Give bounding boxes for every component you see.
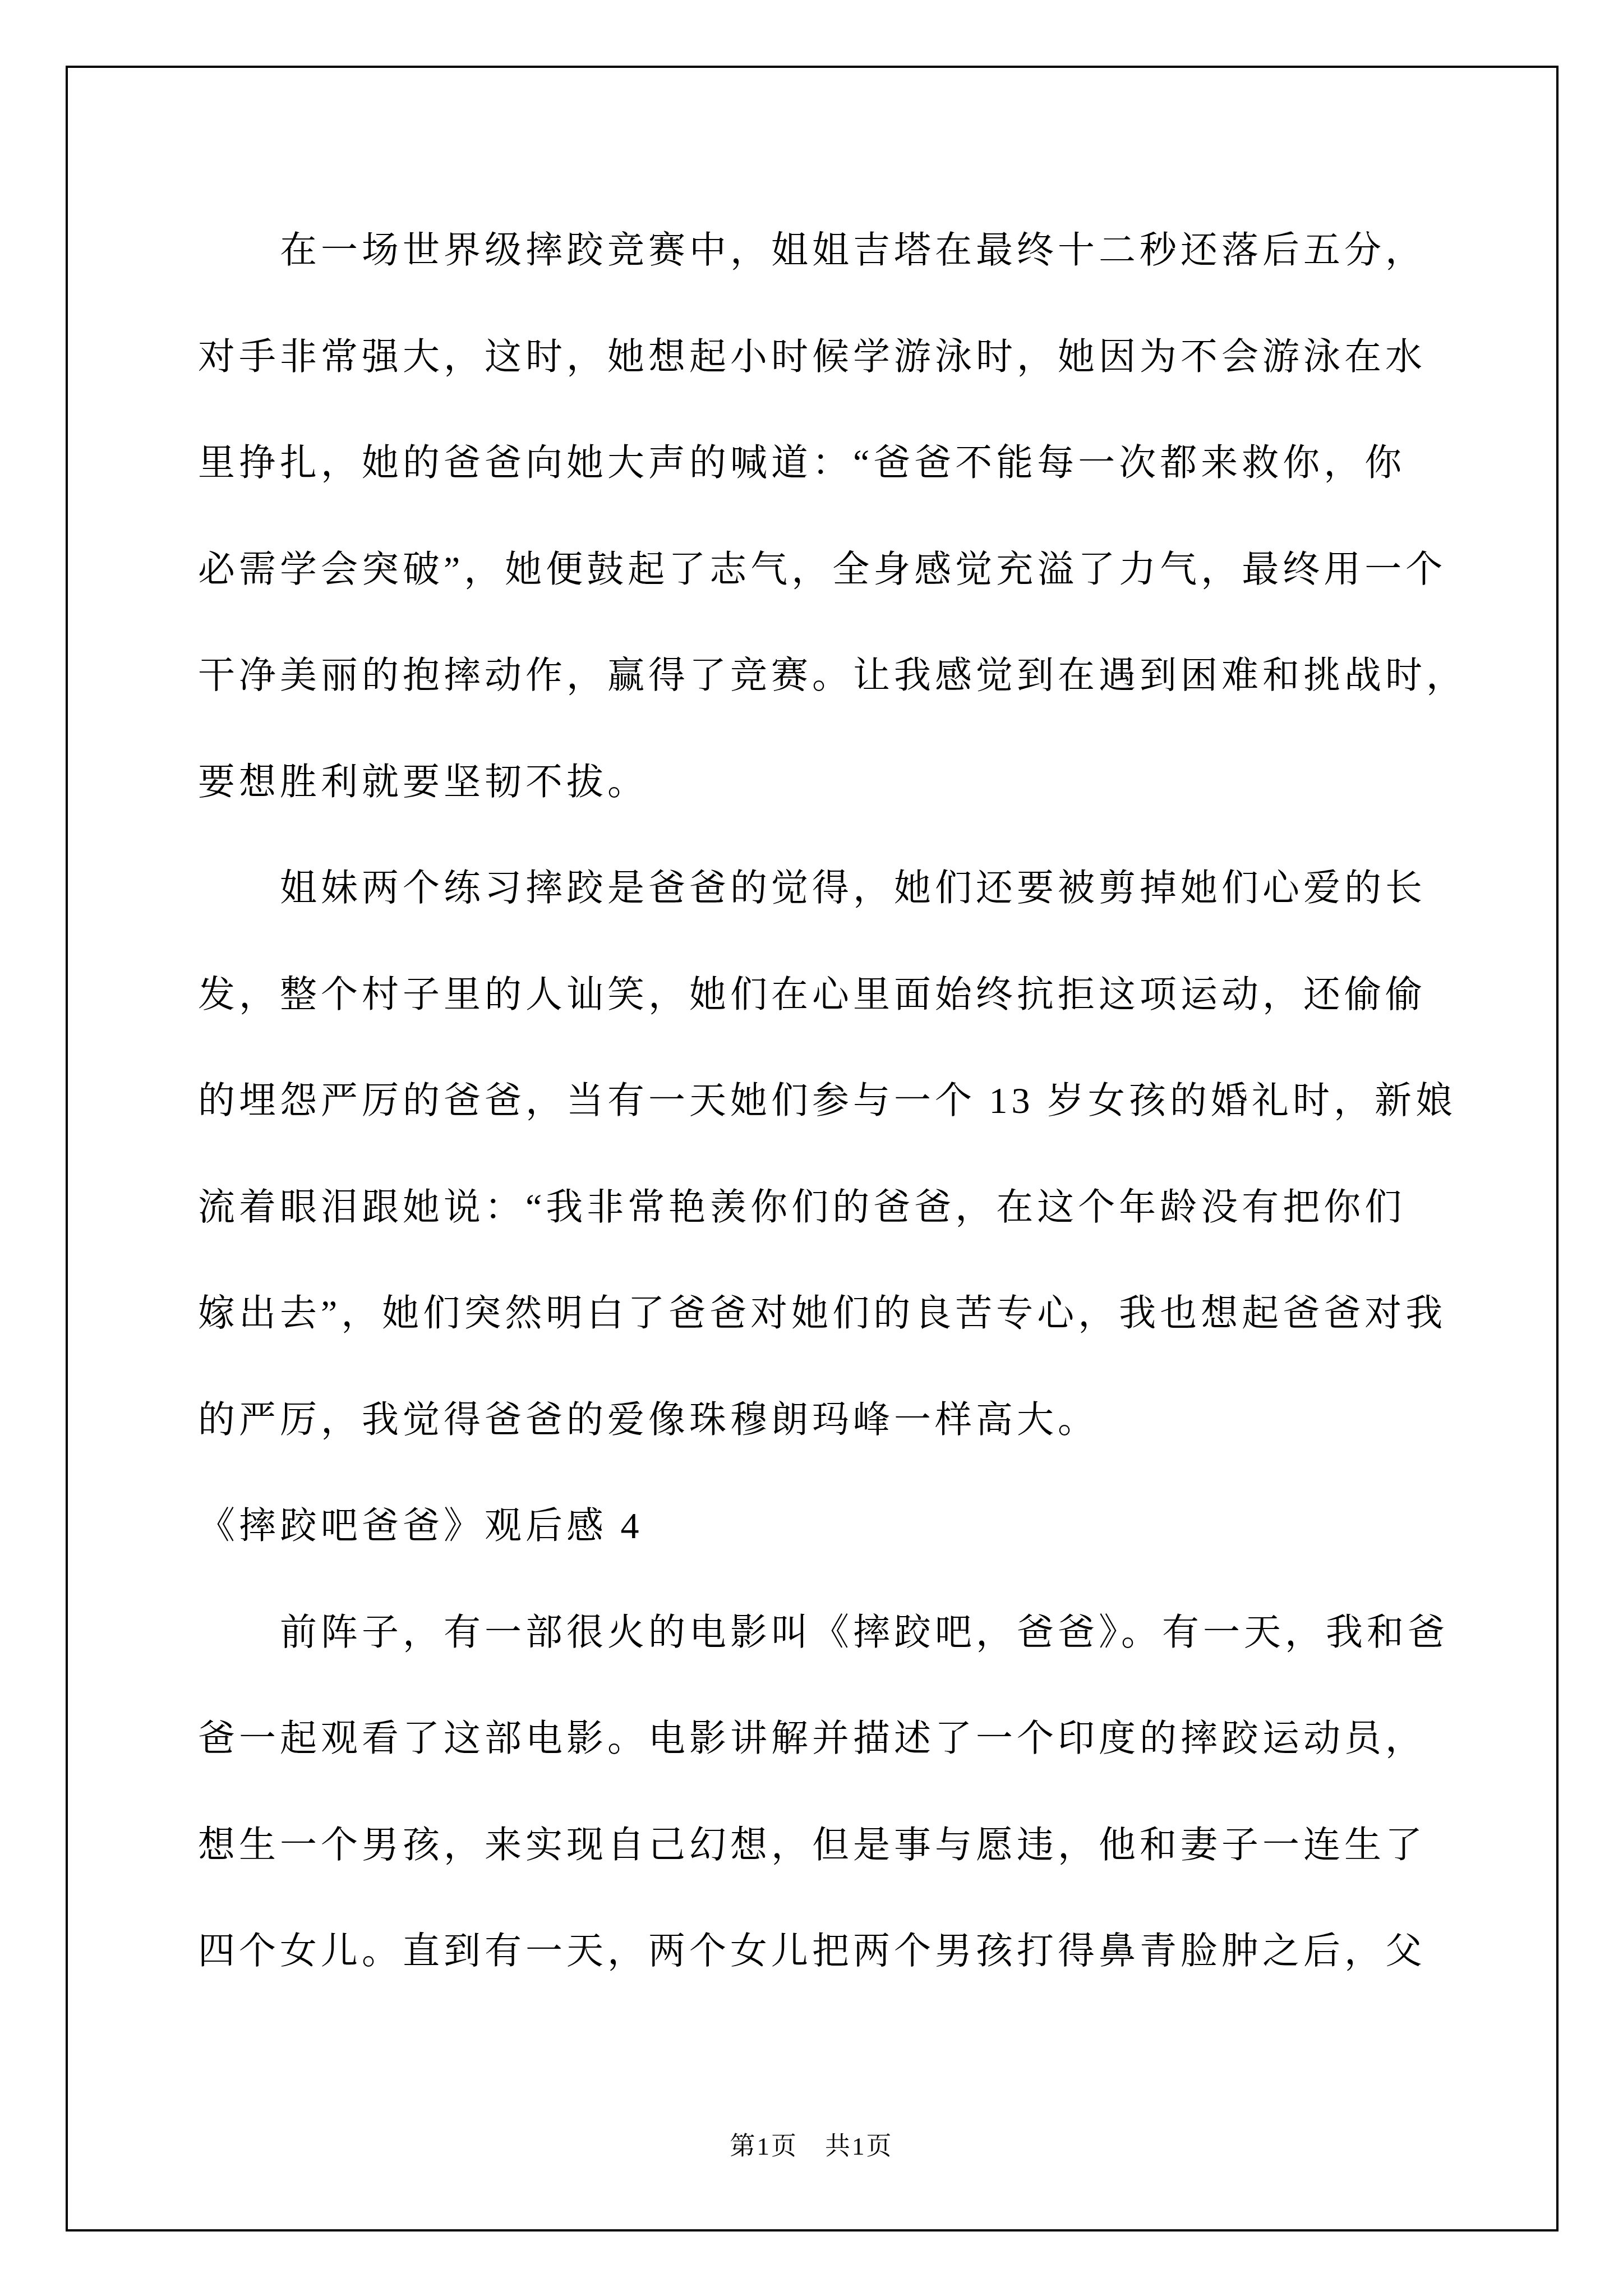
text-line: 爸一起观看了这部电影。电影讲解并描述了一个印度的摔跤运动员，	[198, 1686, 1465, 1792]
text-line: 四个女儿。直到有一天，两个女儿把两个男孩打得鼻青脸肿之后，父	[198, 1898, 1465, 2005]
text-line: 干净美丽的抱摔动作，赢得了竞赛。让我感觉到在遇到困难和挑战时，	[198, 623, 1465, 729]
text-line: 的严厉，我觉得爸爸的爱像珠穆朗玛峰一样高大。	[198, 1367, 1465, 1474]
text-line: 想生一个男孩，来实现自己幻想，但是事与愿违，他和妻子一连生了	[198, 1792, 1465, 1899]
text-line: 对手非常强大，这时，她想起小时候学游泳时，她因为不会游泳在水	[198, 304, 1465, 411]
text-line: 嫁出去”，她们突然明白了爸爸对她们的良苦专心，我也想起爸爸对我	[198, 1260, 1465, 1367]
text-line: 里挣扎，她的爸爸向她大声的喊道：“爸爸不能每一次都来救你，你	[198, 410, 1465, 517]
text-line: 在一场世界级摔跤竞赛中，姐姐吉塔在最终十二秒还落后五分，	[198, 197, 1465, 304]
text-line: 姐妹两个练习摔跤是爸爸的觉得，她们还要被剪掉她们心爱的长	[198, 835, 1465, 942]
text-line: 的埋怨严厉的爸爸，当有一天她们参与一个 13 岁女孩的婚礼时，新娘	[198, 1048, 1465, 1154]
section-heading: 《摔跤吧爸爸》观后感 4	[198, 1473, 1465, 1580]
text-line: 必需学会突破”，她便鼓起了志气，全身感觉充溢了力气，最终用一个	[198, 517, 1465, 623]
page-number-footer: 第1页 共1页	[0, 2129, 1623, 2164]
text-line: 发，整个村子里的人讪笑，她们在心里面始终抗拒这项运动，还偷偷	[198, 942, 1465, 1048]
text-line: 前阵子，有一部很火的电影叫《摔跤吧，爸爸》。有一天，我和爸	[198, 1580, 1465, 1686]
text-line: 流着眼泪跟她说：“我非常艳羡你们的爸爸，在这个年龄没有把你们	[198, 1154, 1465, 1261]
text-line: 要想胜利就要坚韧不拔。	[198, 729, 1465, 836]
document-body: 在一场世界级摔跤竞赛中，姐姐吉塔在最终十二秒还落后五分， 对手非常强大，这时，她…	[198, 197, 1465, 2005]
